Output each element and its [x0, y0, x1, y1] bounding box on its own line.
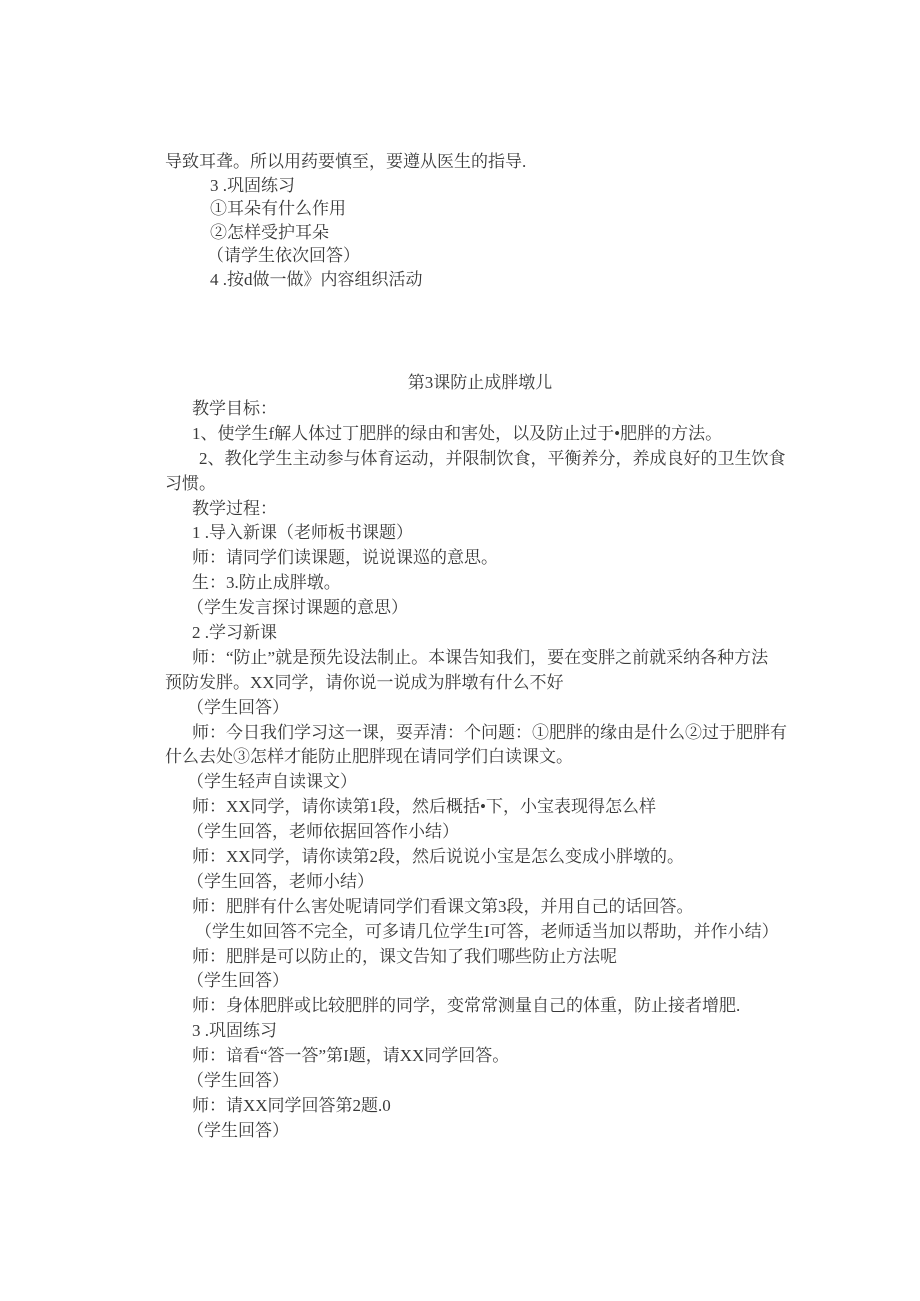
doc-line: 什么去处③怎样才能防止肥胖现在请同学们白读课文。	[165, 745, 865, 770]
previous-lesson-block: 导致耳聋。所以用药要慎至，要遵从医生的指导. 3 .巩固练习 ①耳朵有什么作用 …	[165, 150, 845, 292]
doc-line: 师：肥胖有什么害处呢请同学们看课文第3段，并用自己的话回答。	[192, 895, 865, 920]
doc-line: 导致耳聋。所以用药要慎至，要遵从医生的指导.	[165, 150, 845, 174]
doc-line: （学生回答）	[187, 969, 865, 994]
doc-line: 2 .学习新课	[192, 621, 865, 646]
doc-line: 师：肥胖是可以防止的，课文告知了我们哪些防止方法呢	[192, 945, 865, 970]
doc-line: （学生回答）	[187, 1069, 865, 1094]
doc-line: 生：3.防止成胖墩。	[192, 571, 865, 596]
doc-line: （学生轻声自读课文）	[187, 770, 865, 795]
doc-line: （学生回答）	[187, 1119, 865, 1144]
document-page: 导致耳聋。所以用药要慎至，要遵从医生的指导. 3 .巩固练习 ①耳朵有什么作用 …	[0, 0, 920, 1301]
doc-line: 1、使学生f解人体过丁肥胖的绿由和害处，以及防止过于•肥胖的方法。	[192, 422, 865, 447]
doc-line: 师：XX同学，请你读第1段，然后概括•下，小宝表现得怎么样	[192, 795, 865, 820]
doc-line: 2、教化学生主动参与体育运动，并限制饮食，平衡养分，养成良好的卫生饮食	[199, 447, 865, 472]
doc-line: 预防发胖。XX同学，请你说一说成为胖墩有什么不好	[165, 671, 865, 696]
doc-line: （学生如回答不完全，可多请几位学生I可答，老师适当加以帮助，并作小结）	[195, 920, 865, 945]
doc-line: （学生回答）	[187, 696, 865, 721]
doc-line: 师：谙看“答一答”第I题，请XX同学回答。	[192, 1044, 865, 1069]
doc-line: 师：身体肥胖或比较肥胖的同学，变常常测量自己的体重，防止接者增肥.	[192, 994, 865, 1019]
doc-line: 师：今日我们学习这一课，耍弄清：个问题：①肥胖的缘由是什么②过于肥胖有	[192, 721, 865, 746]
doc-line: 师：“防止”就是预先设法制止。本课告知我们，要在变胖之前就采纳各种方法	[192, 646, 865, 671]
doc-line: ②怎样受护耳朵	[210, 221, 845, 245]
doc-line: 教学目标：	[192, 397, 865, 422]
doc-line: 习惯。	[165, 472, 865, 497]
doc-line: 1 .导入新课（老师板书课题）	[192, 521, 865, 546]
doc-line: 3 .巩固练习	[210, 174, 845, 198]
doc-line: 师：XX同学，请你读第2段，然后说说小宝是怎么变成小胖墩的。	[192, 845, 865, 870]
doc-line: 4 .按d做一做》内容组织活动	[210, 268, 845, 292]
doc-line: （请学生依次回答）	[207, 244, 845, 268]
doc-line: （学生回答，老师小结）	[187, 870, 865, 895]
doc-line: 师：请XX同学回答第2题.0	[192, 1094, 865, 1119]
doc-line: （学生发言探讨课题的意思）	[187, 596, 865, 621]
doc-line: ①耳朵有什么作用	[210, 197, 845, 221]
doc-line: 3 .巩固练习	[192, 1019, 865, 1044]
lesson-body-block: 教学目标： 1、使学生f解人体过丁肥胖的绿由和害处，以及防止过于•肥胖的方法。 …	[165, 397, 865, 1144]
lesson-title: 第3课防止成胖墩儿	[165, 370, 795, 395]
doc-line: 师：请同学们读课题，说说课巡的意思。	[192, 546, 865, 571]
doc-line: （学生回答，老师依据回答作小结）	[187, 820, 865, 845]
doc-line: 教学过程：	[192, 497, 865, 522]
